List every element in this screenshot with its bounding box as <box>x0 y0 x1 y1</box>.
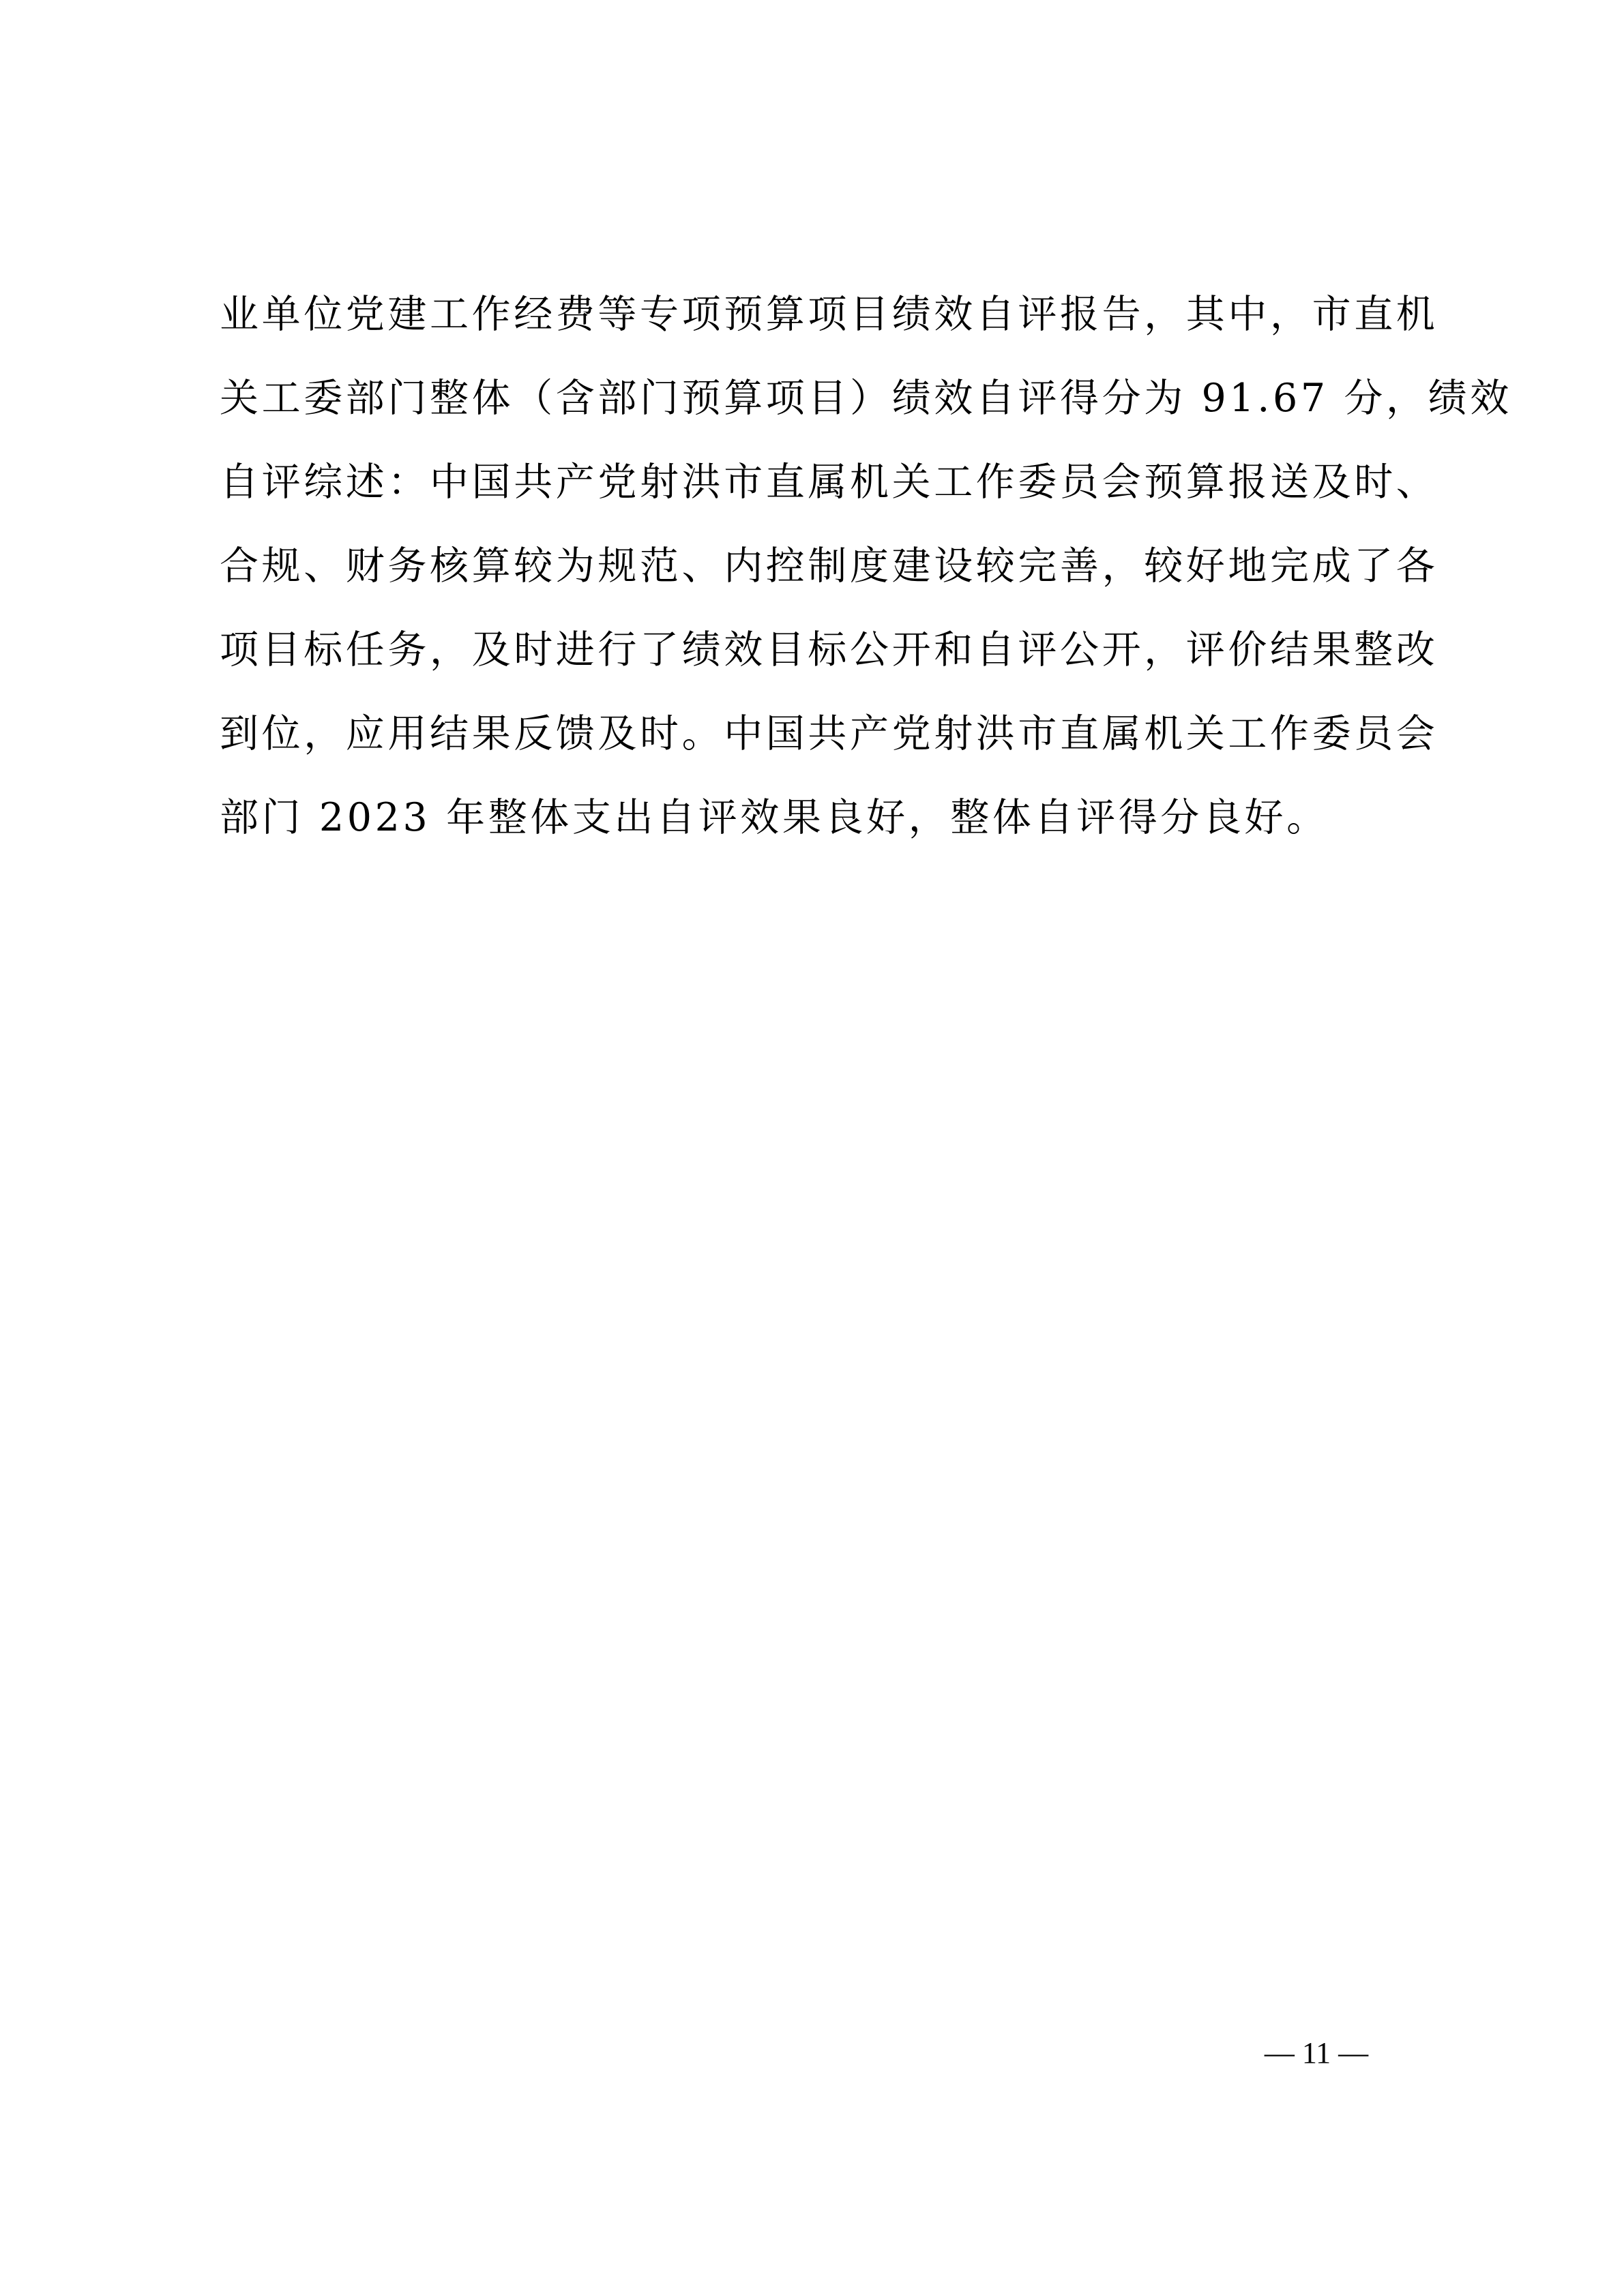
paragraph-line-1: 业单位党建工作经费等专项预算项目绩效自评报告，其中，市直机 <box>220 273 1420 357</box>
paragraph-line-6: 到位，应用结果反馈及时。中国共产党射洪市直属机关工作委员会 <box>220 692 1420 776</box>
paragraph-line-7: 部门 2023 年整体支出自评效果良好，整体自评得分良好。 <box>220 776 1420 860</box>
paragraph-line-3: 自评综述：中国共产党射洪市直属机关工作委员会预算报送及时、 <box>220 441 1420 524</box>
paragraph-line-5: 项目标任务，及时进行了绩效目标公开和自评公开，评价结果整改 <box>220 608 1420 692</box>
paragraph-line-4: 合规、财务核算较为规范、内控制度建设较完善，较好地完成了各 <box>220 524 1420 608</box>
body-paragraph: 业单位党建工作经费等专项预算项目绩效自评报告，其中，市直机 关工委部门整体（含部… <box>220 273 1420 860</box>
page-number: — 11 — <box>1228 2036 1405 2070</box>
document-page: 业单位党建工作经费等专项预算项目绩效自评报告，其中，市直机 关工委部门整体（含部… <box>0 0 1624 2296</box>
paragraph-line-2: 关工委部门整体（含部门预算项目）绩效自评得分为 91.67 分，绩效 <box>220 357 1420 441</box>
